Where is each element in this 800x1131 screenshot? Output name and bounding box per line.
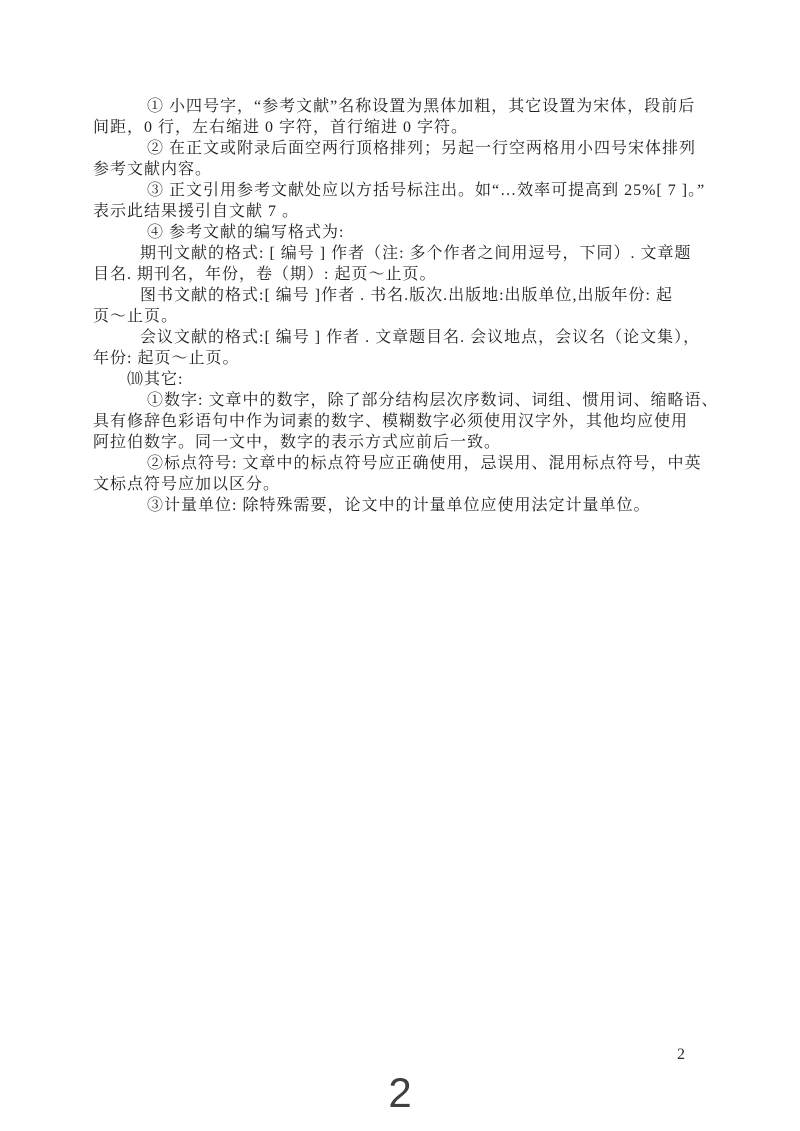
doc-line: ①数字: 文章中的数字，除了部分结构层次序数词、词组、惯用词、缩略语、: [93, 390, 713, 411]
doc-line: 具有修辞色彩语句中作为词素的数字、模糊数字必须使用汉字外，其他均应使用: [93, 411, 713, 432]
document-page: ① 小四号字，“参考文献”名称设置为黑体加粗，其它设置为宋体，段前后 间距，0 …: [0, 0, 800, 1131]
viewer-page-number: 2: [0, 1071, 800, 1115]
doc-line: 期刊文献的格式: [ 编号 ] 作者（注: 多个作者之间用逗号，下同）. 文章题: [93, 243, 713, 264]
doc-line: ③计量单位: 除特殊需要，论文中的计量单位应使用法定计量单位。: [93, 495, 713, 516]
footer-page-number: 2: [677, 1046, 685, 1064]
doc-line: ③ 正文引用参考文献处应以方括号标注出。如“…效率可提高到 25%[ 7 ]。”: [93, 180, 713, 201]
doc-line: ④ 参考文献的编写格式为:: [93, 222, 713, 243]
doc-line: ② 在正文或附录后面空两行顶格排列；另起一行空两格用小四号宋体排列: [93, 138, 713, 159]
doc-line: 间距，0 行，左右缩进 0 字符，首行缩进 0 字符。: [93, 117, 713, 138]
doc-line: ⑽其它:: [93, 369, 713, 390]
doc-line: 表示此结果援引自文献 7 。: [93, 201, 713, 222]
doc-line: ②标点符号: 文章中的标点符号应正确使用，忌误用、混用标点符号，中英: [93, 453, 713, 474]
doc-line: 年份: 起页～止页。: [93, 348, 713, 369]
doc-line: 参考文献内容。: [93, 159, 713, 180]
doc-line: ① 小四号字，“参考文献”名称设置为黑体加粗，其它设置为宋体，段前后: [93, 96, 713, 117]
doc-line: 阿拉伯数字。同一文中，数字的表示方式应前后一致。: [93, 432, 713, 453]
doc-line: 页～止页。: [93, 306, 713, 327]
doc-line: 目名. 期刊名，年份，卷（期）: 起页～止页。: [93, 264, 713, 285]
doc-line: 图书文献的格式:[ 编号 ]作者 . 书名.版次.出版地:出版单位,出版年份: …: [93, 285, 713, 306]
doc-line: 会议文献的格式:[ 编号 ] 作者 . 文章题目名. 会议地点，会议名（论文集）…: [93, 327, 713, 348]
doc-line: 文标点符号应加以区分。: [93, 474, 713, 495]
document-text: ① 小四号字，“参考文献”名称设置为黑体加粗，其它设置为宋体，段前后 间距，0 …: [93, 96, 713, 516]
